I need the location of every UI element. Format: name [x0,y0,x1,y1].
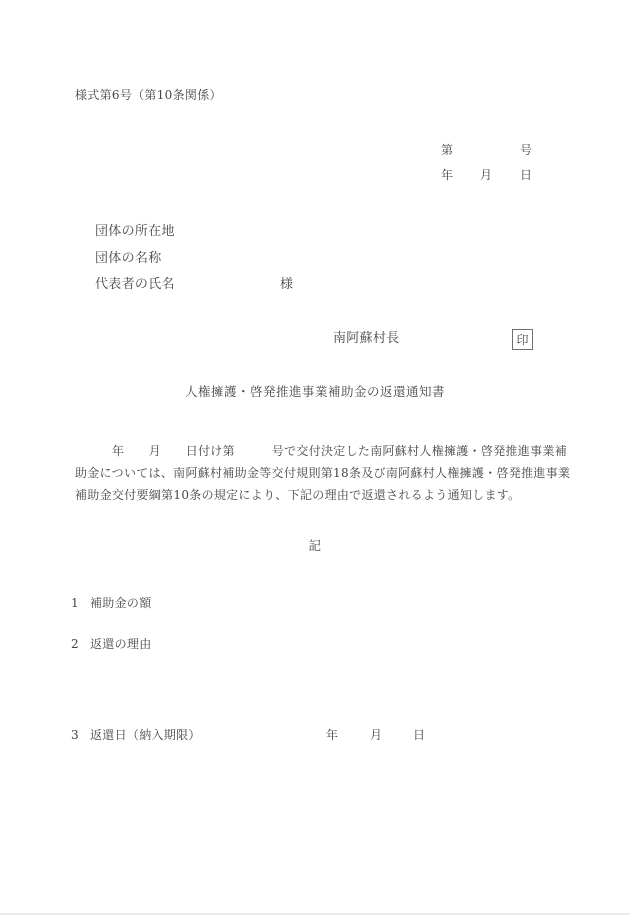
issue-date-day-label: 日 [520,168,532,182]
document-title: 人権擁護・啓発推進事業補助金の返還通知書 [0,385,630,399]
body-paragraph-line-2: 助金については、南阿蘇村補助金等交付規則第18条及び南阿蘇村人権擁護・啓発推進事… [75,466,565,480]
doc-number-prefix: 第 [441,143,453,157]
recipient-address-label: 団体の所在地 [95,225,175,239]
recipient-honorific: 様 [280,278,293,292]
item-2-number: 2 [71,637,79,651]
body-paragraph-line-1: 年 月 日付け第 号で交付決定した南阿蘇村人権擁護・啓発推進事業補 [75,444,565,458]
doc-number-suffix: 号 [520,143,532,157]
item-1-label: 補助金の額 [90,596,152,610]
recipient-representative-label: 代表者の氏名 [95,278,175,292]
sender-title: 南阿蘇村長 [333,332,400,346]
item-2-label: 返還の理由 [90,637,152,651]
item-3-number: 3 [71,728,79,742]
item-3-date-day-label: 日 [413,728,425,742]
item-1-number: 1 [71,596,79,610]
list-marker: 記 [0,539,630,553]
document-page: 様式第6号（第10条関係） 第 号 年 月 日 団体の所在地 団体の名称 代表者… [0,0,630,915]
item-3-label: 返還日（納入期限） [90,728,201,742]
seal-character: 印 [516,331,528,348]
issue-date-month-label: 月 [480,168,492,182]
form-number: 様式第6号（第10条関係） [75,88,222,102]
item-3-date-month-label: 月 [370,728,382,742]
recipient-org-name-label: 団体の名称 [95,252,162,266]
item-3-date-year-label: 年 [326,728,338,742]
issue-date-year-label: 年 [441,168,453,182]
body-paragraph-line-3: 補助金交付要綱第10条の規定により、下記の理由で返還されるよう通知します。 [75,488,565,502]
seal-stamp-box: 印 [512,329,533,350]
